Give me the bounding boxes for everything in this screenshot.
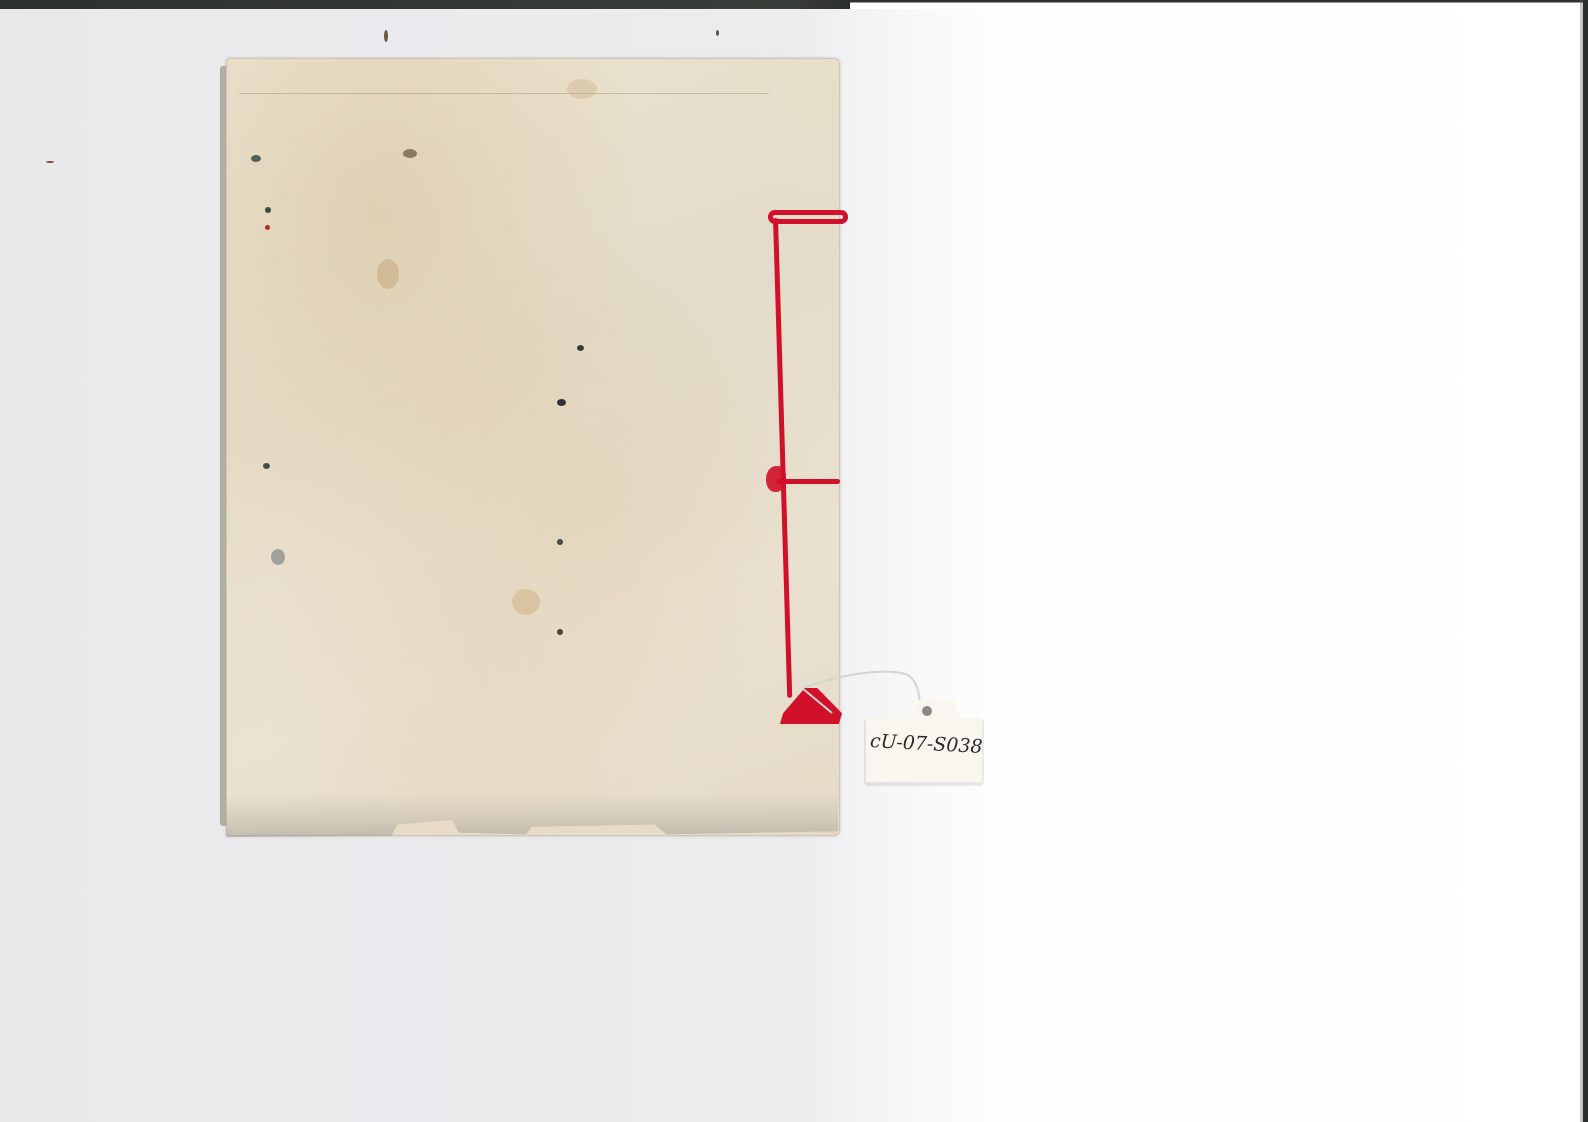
scanner-right-edge [1583,0,1588,1122]
ink-stain [265,225,270,230]
ink-stain [271,549,285,565]
ink-stain [557,629,563,635]
water-stain [567,79,597,99]
book-cover [226,58,840,836]
ink-stain [265,207,271,213]
ink-stain [577,345,584,351]
scanner-top-edge-fade [850,0,1588,9]
water-stain [512,589,540,615]
ink-stain [403,149,417,158]
binding-thread-knot [766,466,786,492]
cover-crease [239,93,769,94]
manuscript-book [220,58,842,838]
debris-speck [384,30,388,42]
binding-thread-top-loop [768,210,848,224]
ink-stain [557,539,563,545]
water-stain [377,259,399,289]
debris-speck [46,161,54,163]
debris-speck [716,30,719,36]
tag-hole [922,706,932,716]
ink-stain [557,399,566,406]
ink-stain [251,155,261,162]
ink-stain [263,463,270,469]
